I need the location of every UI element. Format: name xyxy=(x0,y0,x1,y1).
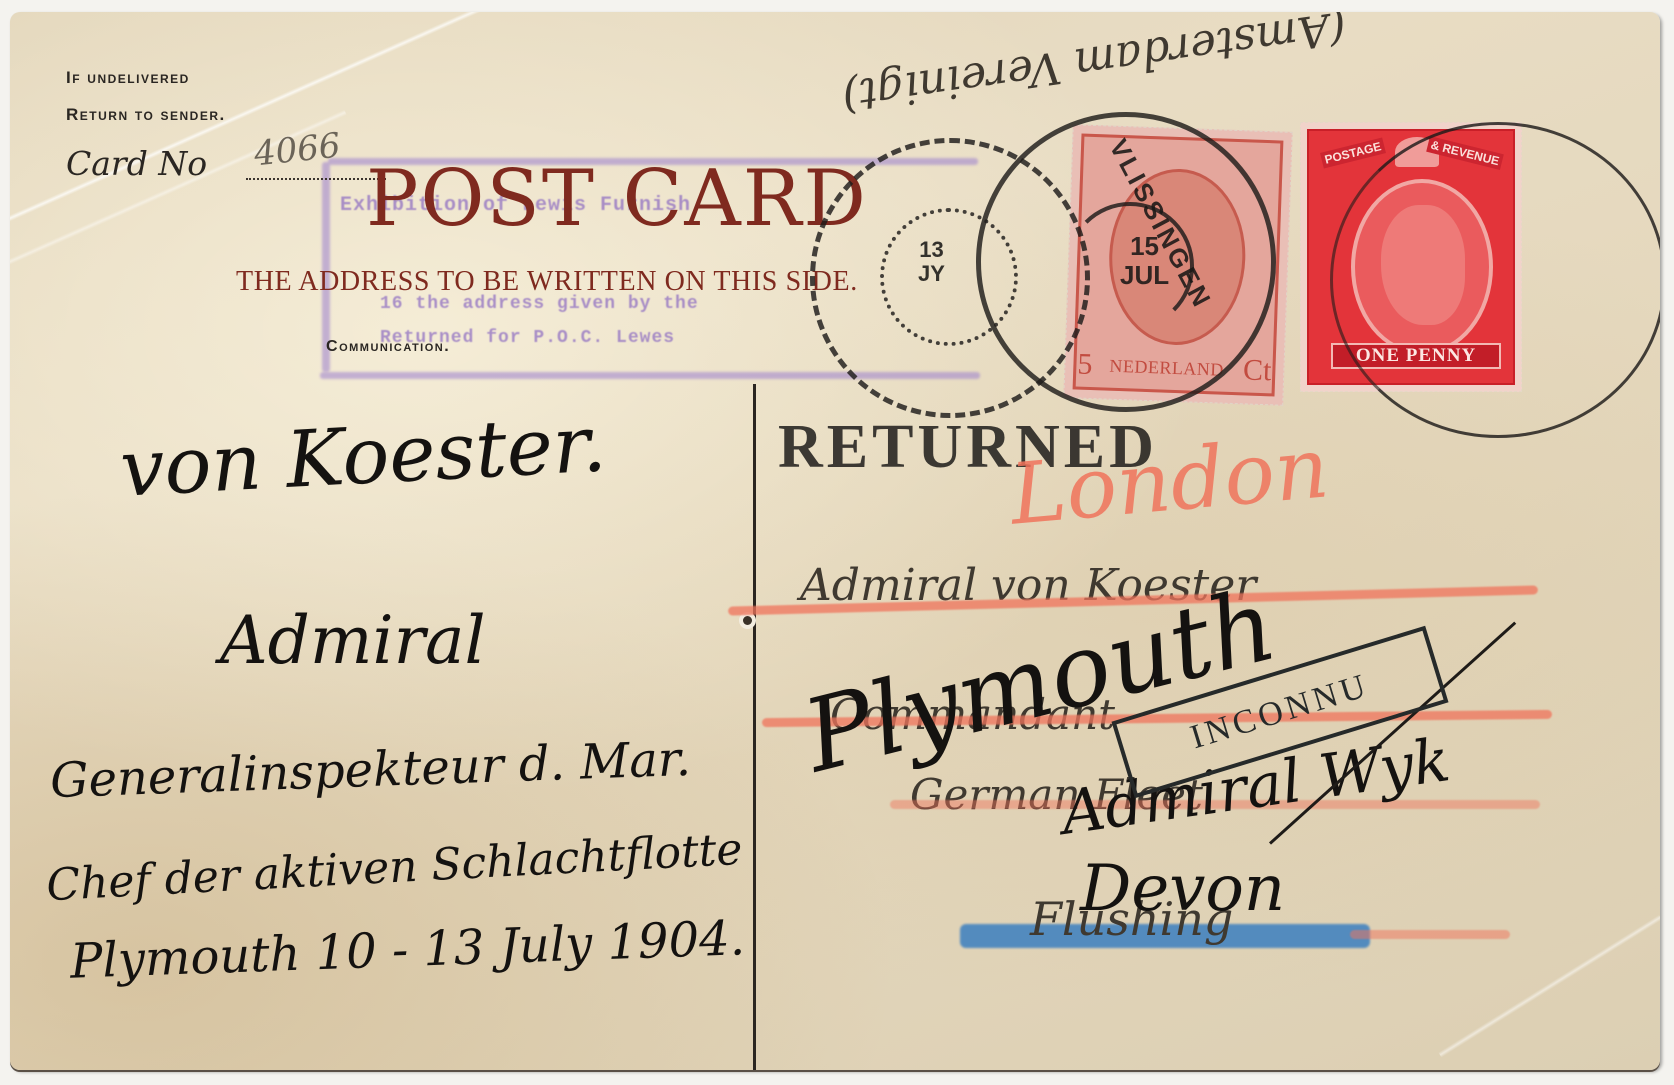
postmark-vlissingen-date: 15 JUL xyxy=(1120,232,1169,289)
card-number-dotted-line xyxy=(246,178,386,180)
postmark-london xyxy=(1330,122,1660,438)
strike-line xyxy=(1350,930,1510,939)
message-line-command: Chef der aktiven Schlachtflotte xyxy=(45,824,743,911)
redirect-black-line3: Devon xyxy=(1080,852,1285,926)
pin-hole xyxy=(743,616,752,625)
message-line-sender: von Koester. xyxy=(118,399,608,514)
undelivered-notice-line2: return to Sender. xyxy=(66,105,226,125)
message-line-title: Generalinspekteur d. Mar. xyxy=(49,731,691,809)
address-instruction: THE ADDRESS TO BE WRITTEN ON THIS SIDE. xyxy=(236,266,858,298)
card-number-label: Card No xyxy=(66,144,207,183)
stamp-postage-label: POSTAGE xyxy=(1320,138,1386,169)
stamp-unit: Ct xyxy=(1242,353,1272,388)
undelivered-notice-line1: If undelivered xyxy=(66,68,190,88)
message-line-rank: Admiral xyxy=(220,602,486,679)
postcard: Exhibition of Lewis Furnish 16 the addre… xyxy=(10,12,1660,1070)
inverted-inscription: (Amsterdam Vereinigt) xyxy=(839,12,1350,122)
message-line-date: Plymouth 10 - 13 July 1904. xyxy=(69,910,746,990)
postmark-plymouth-date: 13 JY xyxy=(918,238,945,286)
center-divider xyxy=(753,384,756,1070)
communication-label: Communication. xyxy=(326,338,450,356)
postcard-title: POST CARD xyxy=(366,160,868,238)
